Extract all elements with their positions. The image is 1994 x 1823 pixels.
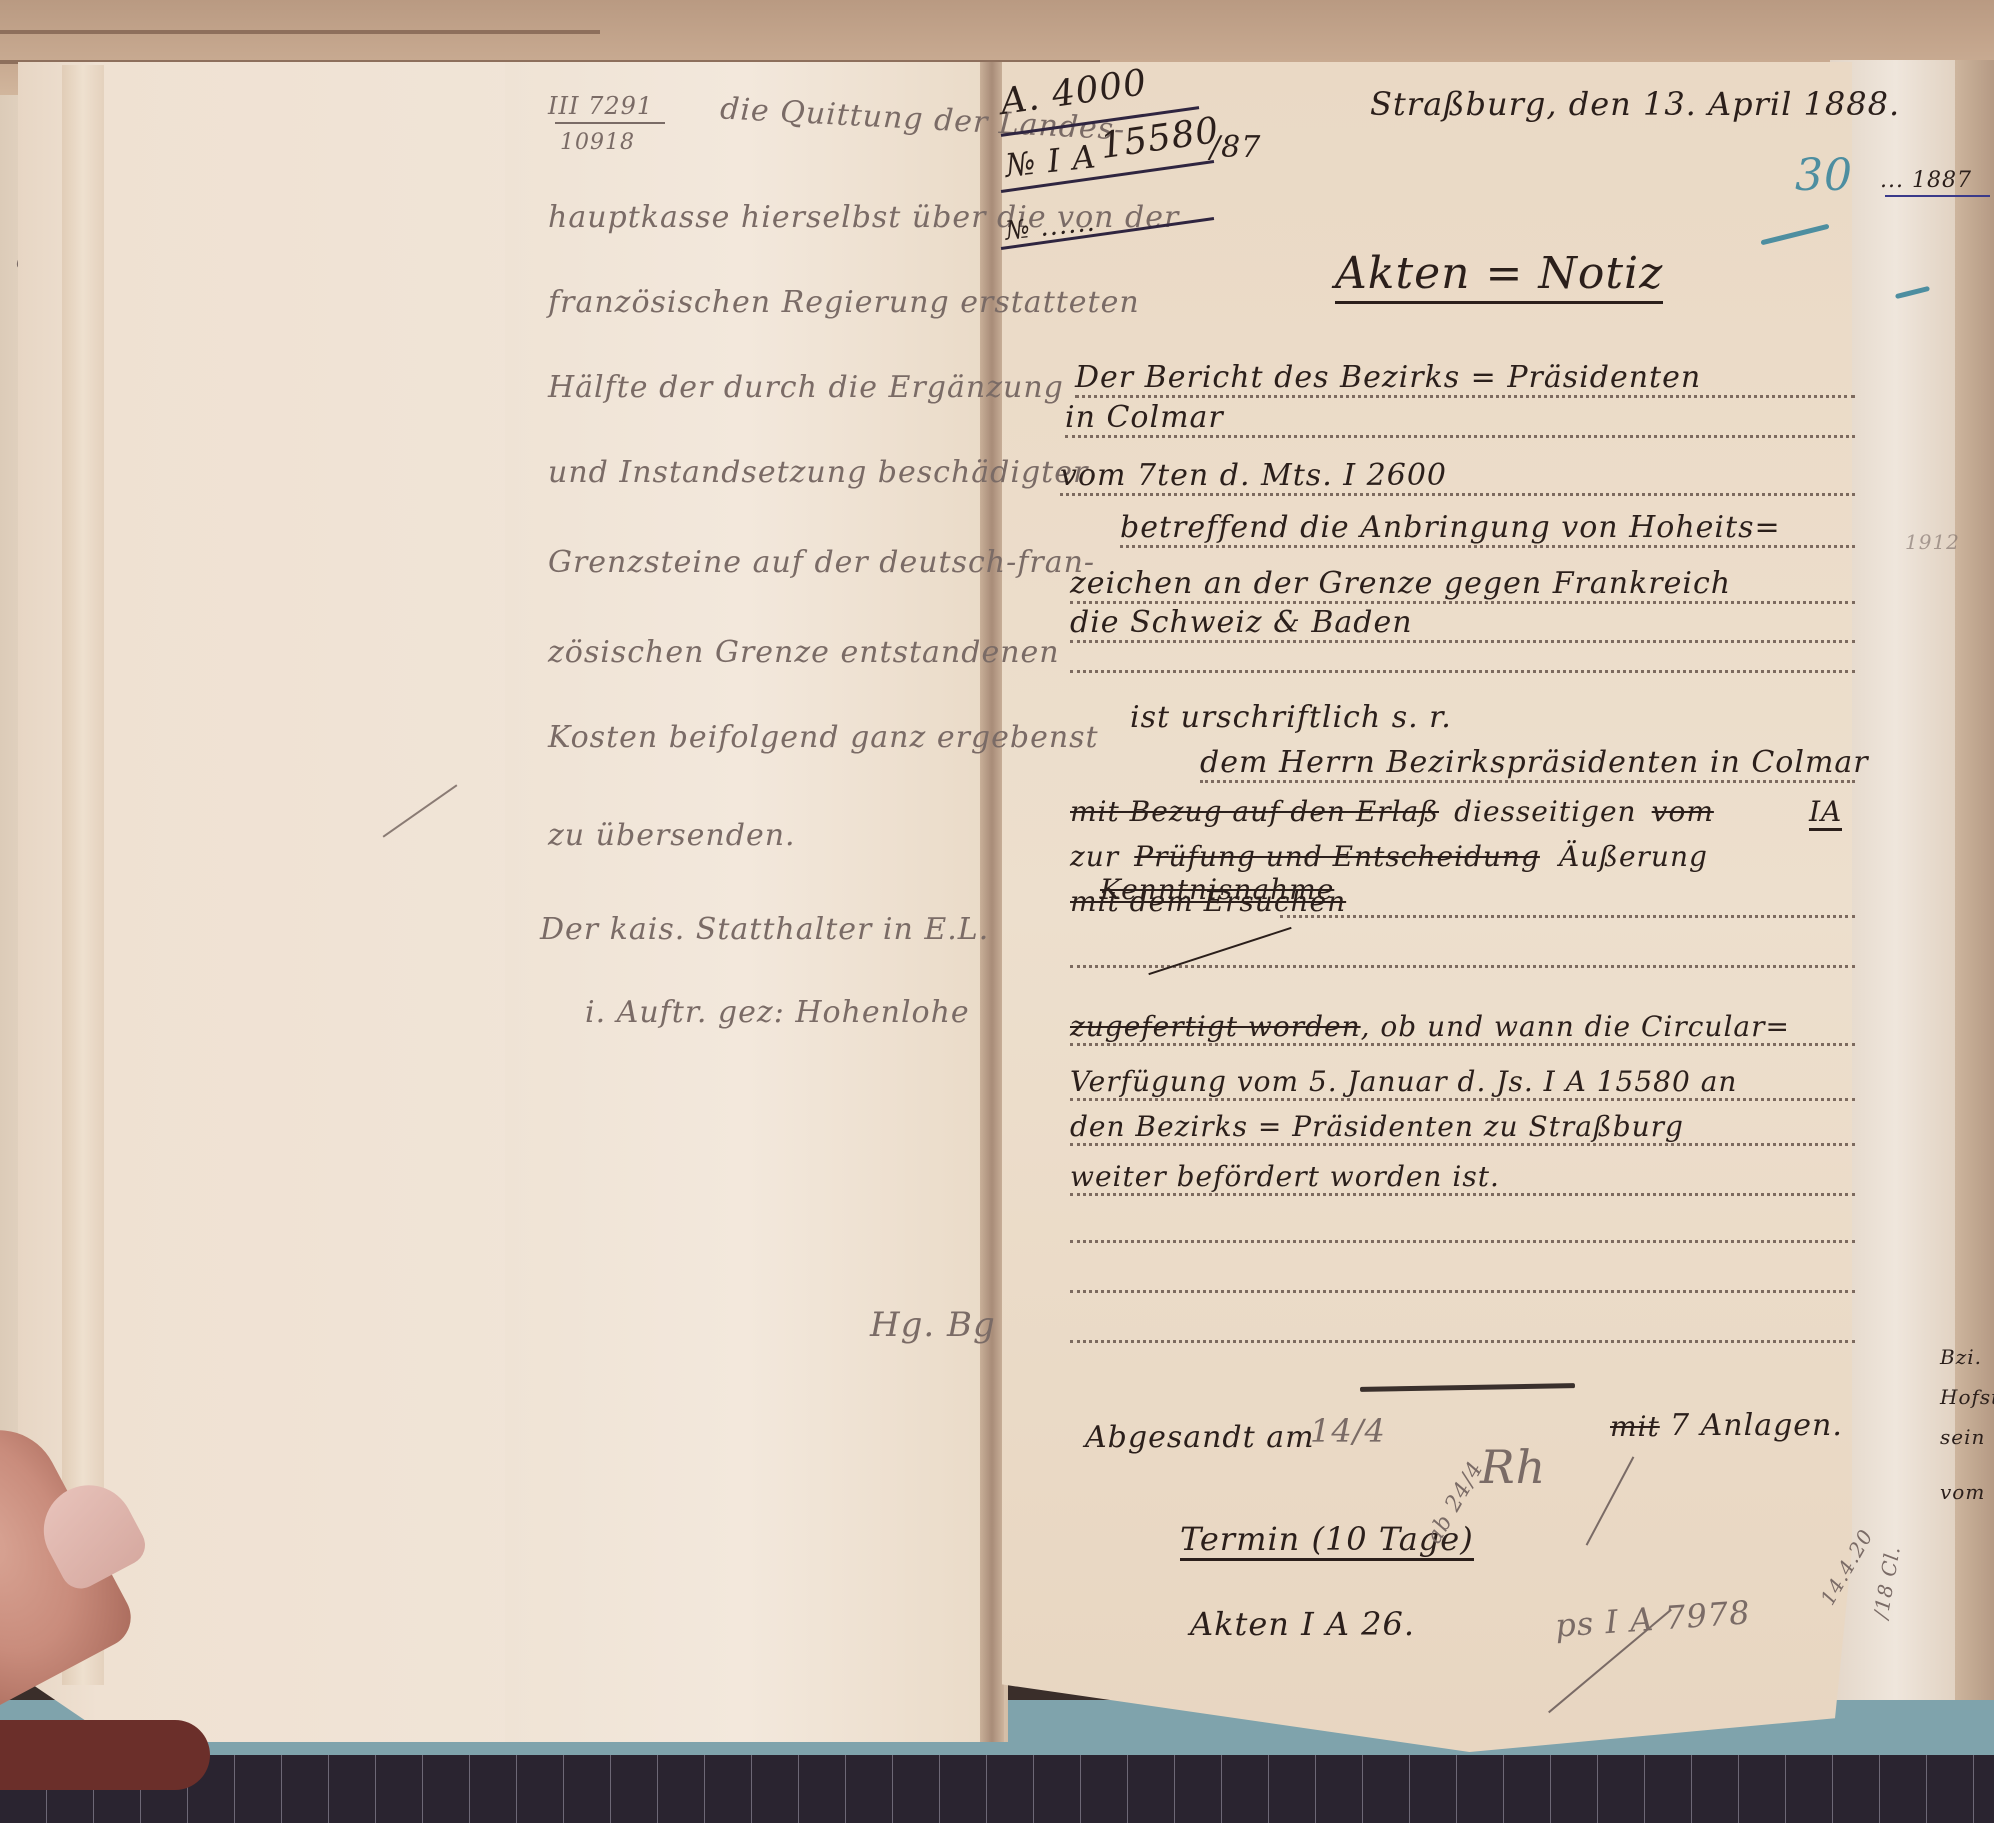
action-recipient: dem Herrn Bezirkspräsidenten in Colmar xyxy=(1200,745,1855,783)
finger xyxy=(0,1720,210,1790)
reference-code: IA xyxy=(1809,795,1842,831)
action-line: ist urschriftlich s. r. xyxy=(1130,700,1452,735)
dotted-rule xyxy=(1070,670,1855,673)
struck-text: mit xyxy=(1610,1410,1660,1443)
ref-number-bottom: 10918 xyxy=(560,130,635,155)
text-line: Kosten beifolgend ganz ergebenst xyxy=(548,720,1099,755)
body-line: vom 7ten d. Mts. I 2600 xyxy=(1060,458,1855,496)
back-fragment: sein xyxy=(1940,1425,1985,1449)
kept-text: Äußerung xyxy=(1559,840,1708,873)
text-line: französischen Regierung erstatteten xyxy=(548,285,1140,320)
result-line: Verfügung vom 5. Januar d. Js. I A 15580… xyxy=(1070,1065,1855,1101)
dotted-rule xyxy=(1280,915,1855,918)
document-title: Akten = Notiz xyxy=(1335,248,1663,304)
back-year: ... 1887 xyxy=(1880,168,1972,193)
dotted-rule xyxy=(1070,1240,1855,1243)
struck-text: Prüfung und Entscheidung xyxy=(1134,840,1540,873)
struck-text: vom xyxy=(1652,795,1714,828)
dotted-rule xyxy=(1070,1340,1855,1343)
text-line: zösischen Grenze entstandenen xyxy=(548,635,1060,670)
dotted-rule xyxy=(1070,965,1855,968)
result-line: weiter befördert worden ist. xyxy=(1070,1160,1855,1196)
ref-number-top: III 7291 xyxy=(548,92,653,120)
result-line: zugefertigt worden, ob und wann die Circ… xyxy=(1070,1010,1855,1046)
struck-text: zugefertigt worden xyxy=(1070,1010,1361,1043)
folio-number: 30 xyxy=(1795,150,1853,201)
dotted-rule xyxy=(1070,1290,1855,1293)
back-rule xyxy=(1885,195,1990,197)
back-fragment: vom xyxy=(1940,1480,1985,1504)
body-line: Der Bericht des Bezirks = Präsidenten xyxy=(1075,360,1855,398)
closing-line: Der kais. Statthalter in E.L. xyxy=(540,912,989,947)
action-reference-line: mit Bezug auf den Erlaß diesseitigen vom… xyxy=(1070,795,1860,828)
signature-line: i. Auftr. gez: Hohenlohe xyxy=(585,995,970,1030)
page-edge xyxy=(0,30,600,34)
initials: Rh xyxy=(1480,1440,1546,1494)
dispatch-date: 14/4 xyxy=(1310,1412,1386,1450)
files-reference: Akten I A 26. xyxy=(1190,1605,1415,1643)
text-line: Hälfte der durch die Ergänzung xyxy=(548,370,1064,405)
text-line: zu übersenden. xyxy=(548,818,796,853)
attachments-count: 7 Anlagen. xyxy=(1670,1408,1843,1443)
back-fragment: Bzi. xyxy=(1940,1345,1982,1369)
body-line: betreffend die Anbringung von Hoheits= xyxy=(1120,510,1855,548)
result-line: den Bezirks = Präsidenten zu Straßburg xyxy=(1070,1110,1855,1146)
back-document-edge xyxy=(1955,60,1994,1760)
place-date: Straßburg, den 13. April 1888. xyxy=(1370,85,1900,123)
kept-text: diesseitigen xyxy=(1454,795,1636,828)
left-page-fold xyxy=(62,65,104,1685)
body-line: in Colmar xyxy=(1065,400,1855,438)
header-file-year: /87 xyxy=(1210,130,1261,165)
result-text: , ob und wann die Circular= xyxy=(1361,1010,1790,1043)
dispatch-label: Abgesandt am xyxy=(1085,1420,1315,1455)
purpose-prefix: zur xyxy=(1070,840,1119,873)
struck-text: mit Bezug auf den Erlaß xyxy=(1070,795,1439,828)
struck-text: mit dem Ersuchen xyxy=(1070,885,1346,918)
cutting-mat xyxy=(0,1755,1994,1823)
back-fragment: Hofst xyxy=(1940,1385,1994,1409)
ref-divider xyxy=(555,122,665,124)
back-pencil-note: 1912 xyxy=(1905,530,1960,554)
initials: Hg. Bg xyxy=(870,1305,996,1345)
body-line: die Schweiz & Baden xyxy=(1070,605,1855,643)
body-line: zeichen an der Grenze gegen Frankreich xyxy=(1070,566,1855,604)
text-line: Grenzsteine auf der deutsch-fran- xyxy=(548,545,1095,580)
text-line: und Instandsetzung beschädigter xyxy=(548,455,1088,490)
